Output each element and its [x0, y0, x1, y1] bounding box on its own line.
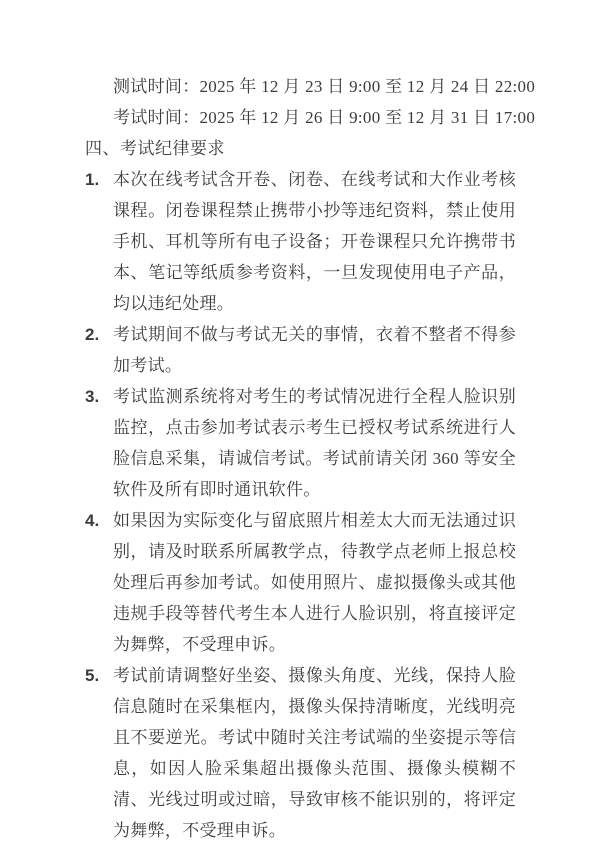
rule-item-4: 4. 如果因为实际变化与留底照片相差太大而无法通过识别，请及时联系所属教学点，待… — [85, 505, 516, 660]
exam-time-line: 考试时间：2025 年 12 月 26 日 9:00 至 12 月 31 日 1… — [85, 102, 516, 133]
rule-item-1: 1. 本次在线考试含开卷、闭卷、在线考试和大作业考核课程。闭卷课程禁止携带小抄等… — [85, 164, 516, 319]
rule-text: 如果因为实际变化与留底照片相差太大而无法通过识别，请及时联系所属教学点，待教学点… — [113, 511, 516, 654]
rule-text: 本次在线考试含开卷、闭卷、在线考试和大作业考核课程。闭卷课程禁止携带小抄等违纪资… — [113, 170, 516, 313]
rule-text: 考试期间不做与考试无关的事情，衣着不整者不得参加考试。 — [113, 325, 516, 375]
section-heading: 四、考试纪律要求 — [85, 133, 516, 164]
rule-item-5: 5. 考试前请调整好坐姿、摄像头角度、光线，保持人脸信息随时在采集框内，摄像头保… — [85, 660, 516, 846]
rule-text: 考试前请调整好坐姿、摄像头角度、光线，保持人脸信息随时在采集框内，摄像头保持清晰… — [113, 666, 516, 840]
document-content: 测试时间：2025 年 12 月 23 日 9:00 至 12 月 24 日 2… — [85, 71, 516, 846]
rule-item-2: 2. 考试期间不做与考试无关的事情，衣着不整者不得参加考试。 — [85, 319, 516, 381]
rule-item-3: 3. 考试监测系统将对考生的考试情况进行全程人脸识别监控，点击参加考试表示考生已… — [85, 381, 516, 505]
document-page: 测试时间：2025 年 12 月 23 日 9:00 至 12 月 24 日 2… — [0, 0, 600, 848]
rule-number: 4. — [85, 505, 99, 536]
rule-text: 考试监测系统将对考生的考试情况进行全程人脸识别监控，点击参加考试表示考生已授权考… — [113, 387, 516, 499]
rule-number: 1. — [85, 164, 99, 195]
rule-number: 2. — [85, 319, 99, 350]
test-time-line: 测试时间：2025 年 12 月 23 日 9:00 至 12 月 24 日 2… — [85, 71, 516, 102]
rule-number: 3. — [85, 381, 99, 412]
rule-number: 5. — [85, 660, 99, 691]
